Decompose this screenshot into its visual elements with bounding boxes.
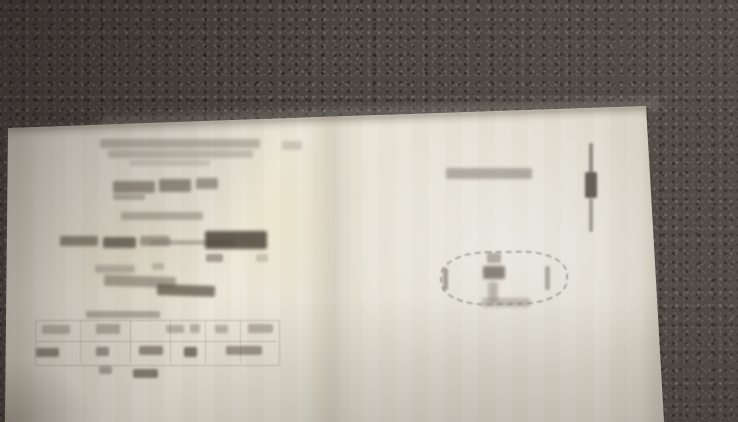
left-table-frame [35, 320, 280, 366]
left-table-cell-3 [139, 346, 163, 355]
left-line-2 [121, 212, 203, 220]
marks-layer [0, 0, 738, 422]
left-table-col-line-2 [130, 321, 131, 363]
right-center-mark-top [487, 253, 501, 263]
left-below-table-mark-2 [133, 369, 158, 378]
left-table-header-3 [166, 325, 184, 333]
left-title-word-1 [113, 181, 155, 193]
right-dash-accent-right [545, 266, 550, 290]
left-title-word-3 [196, 178, 218, 189]
left-title-underline [113, 194, 145, 200]
left-table-header-5 [215, 325, 228, 333]
left-table-caption [86, 311, 160, 318]
right-below-shape-smudge [482, 298, 530, 307]
left-row3-dark-block [205, 231, 267, 249]
left-line-4 [95, 265, 135, 273]
left-table-header-4 [190, 324, 200, 333]
left-header-line-2 [108, 150, 253, 158]
left-small-mark [152, 263, 164, 270]
open-booklet [0, 0, 738, 422]
left-table-cell-2 [96, 347, 109, 356]
left-row3-sub-mark-2 [256, 254, 268, 262]
left-table-col-line-4 [205, 321, 206, 363]
left-page-corner-mark [282, 141, 302, 150]
left-smudge-6-dark [157, 284, 215, 297]
left-row3-word-1 [60, 236, 98, 246]
left-table-col-line-1 [80, 321, 81, 363]
left-table-header-2 [96, 324, 120, 334]
left-row3-word-2 [103, 237, 136, 248]
left-table-header-6 [248, 324, 273, 333]
right-heading-smudge [446, 168, 532, 179]
left-table-cell-5 [226, 346, 262, 355]
left-below-table-mark-1 [99, 366, 112, 374]
right-center-mark-main [483, 266, 505, 279]
left-table-col-line-5 [240, 321, 241, 363]
left-table-cell-1 [36, 348, 59, 357]
left-header-line-1 [100, 139, 260, 148]
left-header-line-3 [130, 160, 210, 166]
right-dash-accent-left [443, 268, 448, 290]
left-table-header-1 [42, 325, 70, 334]
left-row3-sub-mark [206, 254, 223, 262]
right-ink-stroke-top [589, 143, 593, 173]
right-ink-stroke-tail [589, 198, 593, 232]
right-ink-stroke-blob [585, 172, 597, 198]
left-title-word-2 [159, 179, 191, 192]
photo-of-document [0, 0, 738, 422]
left-table-cell-4 [184, 347, 197, 357]
